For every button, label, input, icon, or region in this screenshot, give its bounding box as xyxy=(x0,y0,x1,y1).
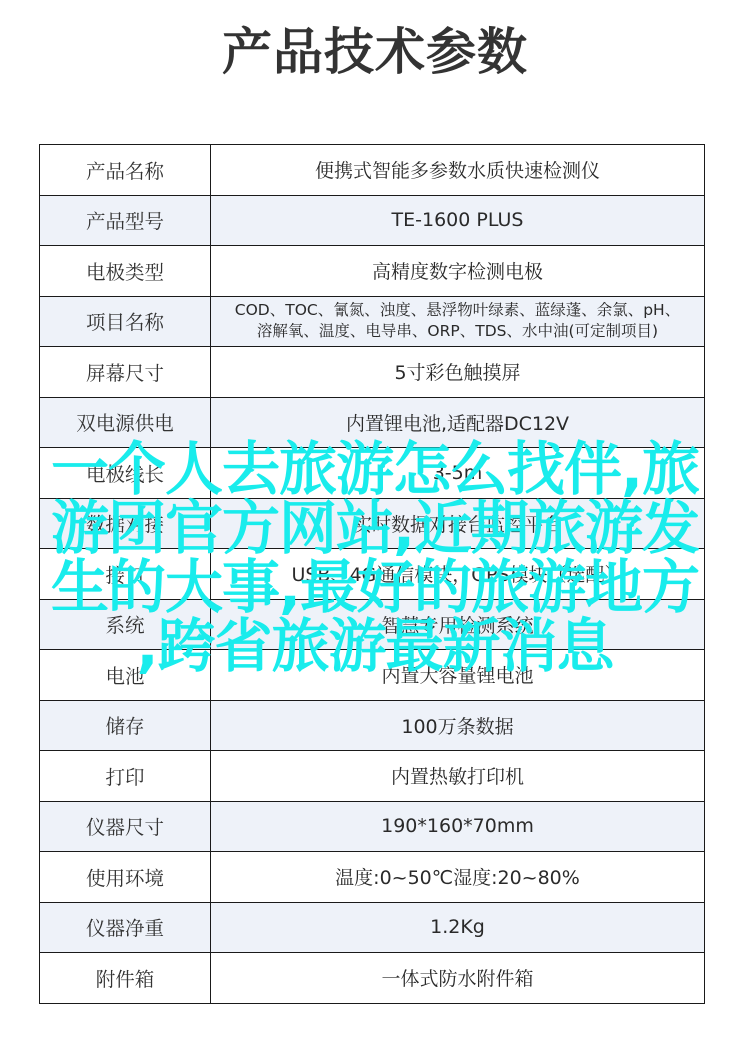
row-value: 温度:0~50℃湿度:20~80% xyxy=(211,852,705,903)
table-row-cable-length: 电极线长 3-5m xyxy=(40,448,705,499)
row-value: 5寸彩色触摸屏 xyxy=(211,347,705,398)
row-label: 电极线长 xyxy=(40,448,211,499)
row-label: 产品型号 xyxy=(40,195,211,246)
row-value: 190*160*70mm xyxy=(211,801,705,852)
row-value: TE-1600 PLUS xyxy=(211,195,705,246)
row-label: 接口 xyxy=(40,549,211,600)
table-row-printer: 打印 内置热敏打印机 xyxy=(40,751,705,802)
row-value: 便携式智能多参数水质快速检测仪 xyxy=(211,145,705,196)
row-value: 实时数据对接台监控平台 xyxy=(211,498,705,549)
row-value: USB、4G通信模块，GPS模块（选配） xyxy=(211,549,705,600)
row-value: 3-5m xyxy=(211,448,705,499)
row-value: 100万条数据 xyxy=(211,700,705,751)
row-value: 智慧专用检测系统 xyxy=(211,599,705,650)
row-value: 高精度数字检测电极 xyxy=(211,246,705,297)
row-value: 内置热敏打印机 xyxy=(211,751,705,802)
table-row-power: 双电源供电 内置锂电池,适配器DC12V xyxy=(40,397,705,448)
table-row-accessory-case: 附件箱 一体式防水附件箱 xyxy=(40,953,705,1004)
table-row-data-link: 数据对接 实时数据对接台监控平台 xyxy=(40,498,705,549)
table-row-environment: 使用环境 温度:0~50℃湿度:20~80% xyxy=(40,852,705,903)
row-label: 仪器净重 xyxy=(40,902,211,953)
row-label: 电极类型 xyxy=(40,246,211,297)
row-label: 电池 xyxy=(40,650,211,701)
row-label: 产品名称 xyxy=(40,145,211,196)
table-row-system: 系统 智慧专用检测系统 xyxy=(40,599,705,650)
row-value: 内置大容量锂电池 xyxy=(211,650,705,701)
row-label: 附件箱 xyxy=(40,953,211,1004)
row-value: COD、TOC、氰氮、浊度、悬浮物叶绿素、蓝绿蓬、余氯、pH、 溶解氧、温度、电… xyxy=(211,296,705,347)
table-row-model: 产品型号 TE-1600 PLUS xyxy=(40,195,705,246)
row-value: 内置锂电池,适配器DC12V xyxy=(211,397,705,448)
table-row-weight: 仪器净重 1.2Kg xyxy=(40,902,705,953)
table-row-product-name: 产品名称 便携式智能多参数水质快速检测仪 xyxy=(40,145,705,196)
row-value-line-2: 溶解氧、温度、电导串、ORP、TDS、水中油(可定制项目) xyxy=(211,321,704,342)
row-label: 项目名称 xyxy=(40,296,211,347)
row-value-line-1: COD、TOC、氰氮、浊度、悬浮物叶绿素、蓝绿蓬、余氯、pH、 xyxy=(211,300,704,321)
table-row-electrode-type: 电极类型 高精度数字检测电极 xyxy=(40,246,705,297)
table-row-interface: 接口 USB、4G通信模块，GPS模块（选配） xyxy=(40,549,705,600)
table-row-screen-size: 屏幕尺寸 5寸彩色触摸屏 xyxy=(40,347,705,398)
table-row-dimensions: 仪器尺寸 190*160*70mm xyxy=(40,801,705,852)
row-label: 屏幕尺寸 xyxy=(40,347,211,398)
table-row-battery: 电池 内置大容量锂电池 xyxy=(40,650,705,701)
row-label: 系统 xyxy=(40,599,211,650)
row-label: 使用环境 xyxy=(40,852,211,903)
row-value: 1.2Kg xyxy=(211,902,705,953)
table-row-storage: 储存 100万条数据 xyxy=(40,700,705,751)
row-value: 一体式防水附件箱 xyxy=(211,953,705,1004)
row-label: 储存 xyxy=(40,700,211,751)
row-label: 打印 xyxy=(40,751,211,802)
row-label: 仪器尺寸 xyxy=(40,801,211,852)
spec-table: 产品名称 便携式智能多参数水质快速检测仪 产品型号 TE-1600 PLUS 电… xyxy=(39,144,705,1004)
row-label: 数据对接 xyxy=(40,498,211,549)
page-title: 产品技术参数 xyxy=(0,14,750,90)
table-row-items: 项目名称 COD、TOC、氰氮、浊度、悬浮物叶绿素、蓝绿蓬、余氯、pH、 溶解氧… xyxy=(40,296,705,347)
row-label: 双电源供电 xyxy=(40,397,211,448)
